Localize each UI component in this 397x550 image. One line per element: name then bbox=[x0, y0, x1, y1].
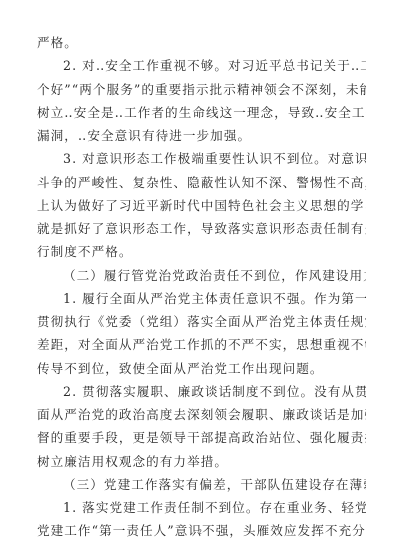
text-line: 面从严治党的政治高度去深刻领会履职、廉政谈话是加强党内监 bbox=[37, 403, 366, 426]
section-heading-2: （二）履行管党治党政治责任不到位，作风建设用力不足 bbox=[37, 264, 366, 287]
section-heading-3: （三）党建工作落实有偏差，干部队伍建设存在薄弱环节 bbox=[37, 473, 366, 496]
text-line: 就是抓好了意识形态工作，导致落实意识形态责任制有欠缺，执 bbox=[37, 217, 366, 240]
text-line: 漏洞，‥安全意识有待进一步加强。 bbox=[37, 124, 366, 147]
text-line: 上认为做好了习近平新时代中国特色社会主义思想的学习教育 bbox=[37, 194, 366, 217]
text-line: 督的重要手段，更是领导干部提高政治站位、强化履责担当意识、 bbox=[37, 426, 366, 449]
text-line: 斗争的严峻性、复杂性、隐蔽性认知不深、警惕性不高，在思想 bbox=[37, 171, 366, 194]
document-page: 严格。 2. 对‥安全工作重视不够。对习近平总书记关于‥工作“四 个好”“两个服… bbox=[0, 0, 397, 550]
text-line: 差距，对全面从严治党工作抓的不严不实，思想重视不够，压力 bbox=[37, 333, 366, 356]
document-body: 严格。 2. 对‥安全工作重视不够。对习近平总书记关于‥工作“四 个好”“两个服… bbox=[37, 31, 366, 543]
paragraph-start-2-1: 1. 履行全面从严治党主体责任意识不强。作为第一责任人， bbox=[37, 287, 366, 310]
page-number: 2 bbox=[196, 528, 204, 536]
text-line: 严格。 bbox=[37, 31, 366, 54]
paragraph-start-3-1: 1. 落实党建工作责任制不到位。存在重业务、轻党建现象， bbox=[37, 496, 366, 519]
text-line: 树立廉洁用权观念的有力举措。 bbox=[37, 450, 366, 473]
text-line: 个好”“两个服务”的重要指示批示精神领会不深刻，未能牢固 bbox=[37, 78, 366, 101]
paragraph-start-2-2: 2. 贯彻落实履职、廉政谈话制度不到位。没有从贯彻落实全 bbox=[37, 380, 366, 403]
text-line: 贯彻执行《党委（党组）落实全面从严治党主体责任规定》上有 bbox=[37, 310, 366, 333]
text-line: 行制度不严格。 bbox=[37, 240, 366, 263]
text-line: 传导不到位，致使全面从严治党工作出现问题。 bbox=[37, 357, 366, 380]
text-line: 树立‥安全是‥工作者的生命线这一理念，导致‥安全工作出现 bbox=[37, 101, 366, 124]
paragraph-start-2: 2. 对‥安全工作重视不够。对习近平总书记关于‥工作“四 bbox=[37, 54, 366, 77]
paragraph-start-3: 3. 对意识形态工作极端重要性认识不到位。对意识形态领域 bbox=[37, 147, 366, 170]
